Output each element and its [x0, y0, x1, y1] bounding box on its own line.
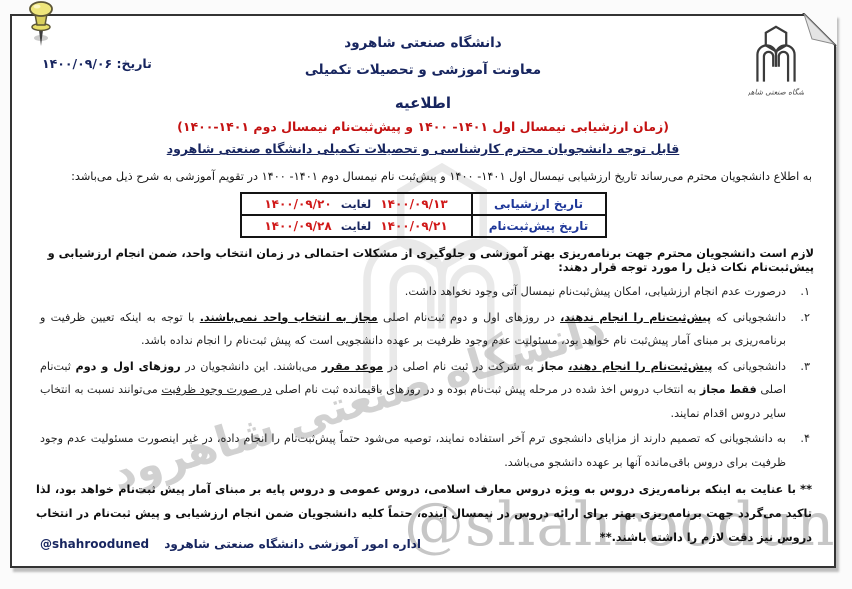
notice-title: اطلاعیه	[12, 94, 834, 112]
date-to: ۱۴۰۰/۰۹/۲۰	[264, 197, 331, 211]
item-text: دانشجویانی که پیش‌ثبت‌نام را انجام ندهند…	[36, 306, 786, 353]
attention-line: قابل توجه دانشجویان محترم کارشناسی و تحص…	[12, 141, 834, 156]
date-from: ۱۴۰۰/۰۹/۲۱	[380, 219, 447, 233]
row-label: تاریخ ارزشیابی	[472, 193, 606, 215]
intro-paragraph: به اطلاع دانشجویان محترم می‌رساند تاریخ …	[34, 170, 812, 183]
note-item-3: ۳. دانشجویانی که پیش‌ثبت‌نام را انجام ده…	[36, 355, 810, 426]
item-text: به دانشجویانی که تصمیم دارند از مزایای د…	[36, 427, 786, 474]
notice-subtitle: (زمان ارزشیابی نیمسال اول ۱۴۰۱- ۱۴۰۰ و پ…	[12, 119, 834, 134]
pushpin-icon	[22, 0, 62, 56]
row-value: ۱۴۰۰/۰۹/۱۳ لغایت ۱۴۰۰/۰۹/۲۰	[241, 193, 472, 215]
svg-text:دانشگاه صنعتی شاهرود: دانشگاه صنعتی شاهرود	[748, 88, 804, 97]
table-row-preregistration: تاریخ پیش‌ثبت‌نام ۱۴۰۰/۰۹/۲۱ لغایت ۱۴۰۰/…	[241, 215, 606, 237]
until-word: لغایت	[341, 198, 371, 211]
item-number: ۳.	[786, 355, 810, 426]
date-to: ۱۴۰۰/۰۹/۲۸	[264, 219, 331, 233]
row-value: ۱۴۰۰/۰۹/۲۱ لغایت ۱۴۰۰/۰۹/۲۸	[241, 215, 472, 237]
note-item-4: ۴. به دانشجویانی که تصمیم دارند از مزایا…	[36, 427, 810, 474]
item-text: درصورت عدم انجام ارزشیابی، امکان پیش‌ثبت…	[36, 280, 786, 304]
notes-lead: لازم است دانشجویان محترم جهت برنامه‌ریزی…	[32, 246, 814, 274]
university-name: دانشگاه صنعتی شاهرود	[12, 30, 834, 57]
footer-handle: @shahrooduned	[40, 537, 149, 551]
table-row-evaluation: تاریخ ارزشیابی ۱۴۰۰/۰۹/۱۳ لغایت ۱۴۰۰/۰۹/…	[241, 193, 606, 215]
notice-sheet: دانشگاه صنعتی شاهرود @shahrooduned دانشگ…	[10, 14, 836, 568]
row-label: تاریخ پیش‌ثبت‌نام	[472, 215, 606, 237]
item-number: ۱.	[786, 280, 810, 304]
until-word: لغایت	[341, 220, 371, 233]
date-label: تاریخ: ۱۴۰۰/۰۹/۰۶	[42, 56, 152, 71]
notice-content: دانشگاه صنعتی شاهرود معاونت آموزشی و تحص…	[12, 16, 834, 566]
letterhead: دانشگاه صنعتی شاهرود معاونت آموزشی و تحص…	[12, 16, 834, 84]
item-number: ۴.	[786, 427, 810, 474]
folded-corner-icon	[799, 13, 837, 55]
item-text: دانشجویانی که پیش‌ثبت‌نام را انجام دهند،…	[36, 355, 786, 426]
item-number: ۲.	[786, 306, 810, 353]
schedule-table: تاریخ ارزشیابی ۱۴۰۰/۰۹/۱۳ لغایت ۱۴۰۰/۰۹/…	[240, 192, 607, 238]
footer: اداره امور آموزشی دانشگاه صنعتی شاهرود @…	[40, 533, 421, 552]
footer-office: اداره امور آموزشی دانشگاه صنعتی شاهرود	[164, 537, 421, 551]
notes-list: ۱. درصورت عدم انجام ارزشیابی، امکان پیش‌…	[36, 280, 810, 474]
note-item-2: ۲. دانشجویانی که پیش‌ثبت‌نام را انجام ند…	[36, 306, 810, 353]
date-from: ۱۴۰۰/۰۹/۱۳	[380, 197, 447, 211]
note-item-1: ۱. درصورت عدم انجام ارزشیابی، امکان پیش‌…	[36, 280, 810, 304]
